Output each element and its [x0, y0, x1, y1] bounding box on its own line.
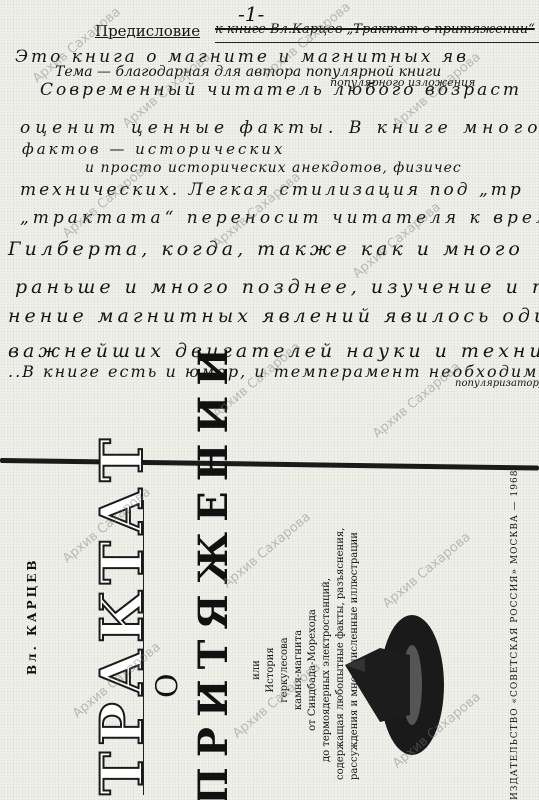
handwritten-preface: -1- Предисловие к книге Вл.Карцев „Тракт… — [0, 0, 539, 440]
heading-rule — [215, 42, 539, 43]
manuscript-line: нение магнитных явлений явилось один — [8, 305, 539, 327]
manuscript-line: популяризатору — [455, 378, 539, 389]
preface-heading: Предисловие — [95, 22, 200, 40]
cover-title-main: ПРИТЯЖЕНИИ — [190, 338, 237, 800]
cover-title-ornate: ТРАКТАТ — [88, 433, 156, 795]
crossed-title: к книге Вл.Карцев „Трактат о притяжении“ — [215, 22, 535, 37]
manuscript-line: Гилберта, когда, также как и много — [8, 238, 524, 260]
manuscript-line: технических. Легкая стилизация под „тр — [20, 180, 524, 200]
rocket-illustration — [340, 610, 470, 760]
manuscript-line: фактов — исторических — [22, 140, 285, 158]
title-rule — [143, 500, 144, 795]
manuscript-line: раньше и много позднее, изучение и при — [15, 276, 539, 298]
manuscript-line: оценит ценные факты. В книге много — [20, 118, 539, 138]
book-cover: Вл. КАРЦЕВ ТРАКТАТ О ПРИТЯЖЕНИИ или Исто… — [0, 470, 539, 800]
cover-publisher: ИЗДАТЕЛЬСТВО «СОВЕТСКАЯ РОССИЯ» МОСКВА —… — [510, 470, 520, 800]
manuscript-insert: популярного изложения — [330, 76, 475, 89]
page-divider — [0, 458, 539, 471]
cover-title-o: О — [150, 673, 185, 698]
manuscript-line: „трактата“ переносит читателя к врем — [20, 208, 539, 228]
manuscript-line: и просто исторических анекдотов, физичес — [85, 160, 462, 176]
manuscript-line: важнейших двигателей науки и техники. — [8, 340, 539, 362]
cover-author: Вл. КАРЦЕВ — [25, 557, 39, 675]
